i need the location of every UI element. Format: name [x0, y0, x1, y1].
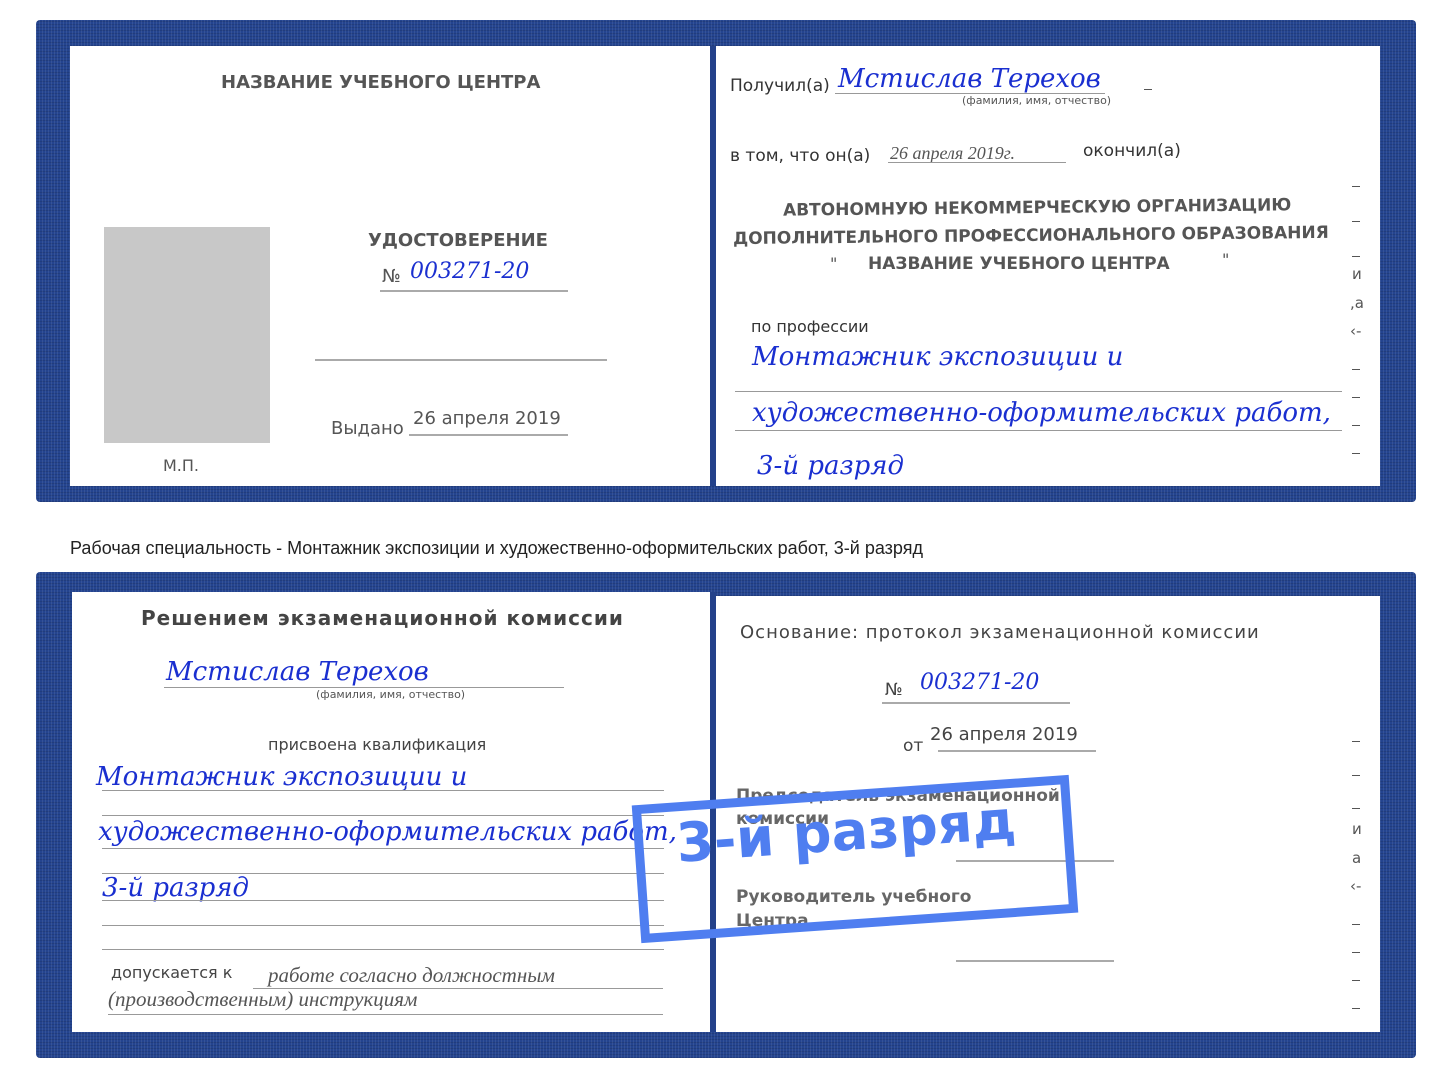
edge-dash [1352, 775, 1360, 776]
profession-line-3: 3-й разряд [757, 451, 904, 481]
quote-open: " [830, 254, 837, 273]
edge-dash [1352, 924, 1360, 925]
edge-mark: ,а [1350, 294, 1364, 312]
finished-label: окончил(а) [1083, 141, 1181, 161]
holder-name: Мстислав Терехов [166, 657, 429, 687]
received-label: Получил(а) [730, 76, 830, 96]
edge-dash [1352, 952, 1360, 953]
basis-label: Основание: протокол экзаменационной коми… [740, 622, 1260, 643]
edge-dash [1352, 741, 1360, 742]
top-spine [710, 46, 716, 486]
decision-title: Решением экзаменационной комиссии [141, 606, 624, 630]
edge-dash [1352, 1008, 1360, 1009]
completion-date: 26 апреля 2019г. [890, 143, 1015, 164]
qualification-line-2: художественно-оформительских работ, [98, 817, 677, 847]
dash-mark [1144, 89, 1152, 90]
protocol-number-label: № [885, 680, 903, 700]
qual-underline-3 [102, 848, 664, 849]
profession-label: по профессии [751, 317, 869, 336]
edge-mark: ‹- [1350, 877, 1361, 895]
qual-underline-1 [102, 790, 664, 791]
edge-mark: и [1352, 820, 1362, 838]
center-name-heading: НАЗВАНИЕ УЧЕБНОГО ЦЕНТРА [221, 72, 540, 93]
qual-underline-7 [102, 949, 664, 950]
edge-dash [1352, 256, 1360, 257]
edge-dash [1352, 425, 1360, 426]
seal-label: М.П. [163, 456, 199, 475]
edge-dash [1352, 453, 1360, 454]
signature-line [315, 359, 607, 361]
recipient-name: Мстислав Терехов [838, 64, 1101, 94]
in-that-label: в том, что он(а) [730, 146, 870, 166]
photo-placeholder [104, 227, 270, 443]
qual-underline-5 [102, 900, 664, 901]
holder-name-hint: (фамилия, имя, отчество) [316, 688, 465, 701]
qualification-label: присвоена квалификация [268, 735, 486, 754]
protocol-number: 003271-20 [920, 670, 1039, 695]
issued-label: Выдано [331, 418, 404, 439]
edge-dash [1352, 397, 1360, 398]
quote-close: " [1222, 250, 1229, 269]
admitted-underline-2 [108, 1014, 663, 1015]
caption: Рабочая специальность - Монтажник экспоз… [70, 535, 1130, 561]
number-label: № [382, 266, 401, 287]
certificate-number: 003271-20 [410, 259, 529, 284]
protocol-date-underline [938, 750, 1096, 752]
qual-underline-6 [102, 925, 664, 926]
profession-line-2: художественно-оформительских работ, [752, 398, 1331, 428]
qualification-line-1: Монтажник экспозиции и [96, 762, 467, 792]
edge-dash [1352, 980, 1360, 981]
protocol-from-label: от [903, 736, 923, 756]
recipient-hint: (фамилия, имя, отчество) [962, 94, 1111, 107]
edge-dash [1352, 186, 1360, 187]
org-line-3: НАЗВАНИЕ УЧЕБНОГО ЦЕНТРА [868, 254, 1170, 274]
number-underline [380, 290, 568, 292]
profession-underline-2 [735, 430, 1342, 431]
certificate-title: УДОСТОВЕРЕНИЕ [368, 230, 548, 251]
completion-date-underline [888, 162, 1066, 163]
protocol-number-underline [882, 702, 1070, 704]
head-signature-line [956, 960, 1114, 962]
protocol-date: 26 апреля 2019 [930, 724, 1078, 745]
admitted-line-2: (производственным) инструкциям [108, 987, 417, 1012]
edge-dash [1352, 369, 1360, 370]
issued-underline [409, 434, 568, 436]
qual-underline-2 [102, 815, 664, 816]
edge-mark: а [1352, 849, 1361, 867]
edge-mark: ‹- [1350, 322, 1361, 340]
edge-dash [1352, 808, 1360, 809]
admitted-label: допускается к [111, 963, 232, 982]
edge-mark: и [1352, 265, 1362, 283]
issued-date: 26 апреля 2019 [413, 408, 561, 429]
profession-line-1: Монтажник экспозиции и [752, 342, 1123, 372]
profession-underline-1 [735, 391, 1342, 392]
edge-dash [1352, 221, 1360, 222]
admitted-line-1: работе согласно должностным [268, 963, 555, 988]
qualification-line-3: 3-й разряд [102, 873, 249, 903]
